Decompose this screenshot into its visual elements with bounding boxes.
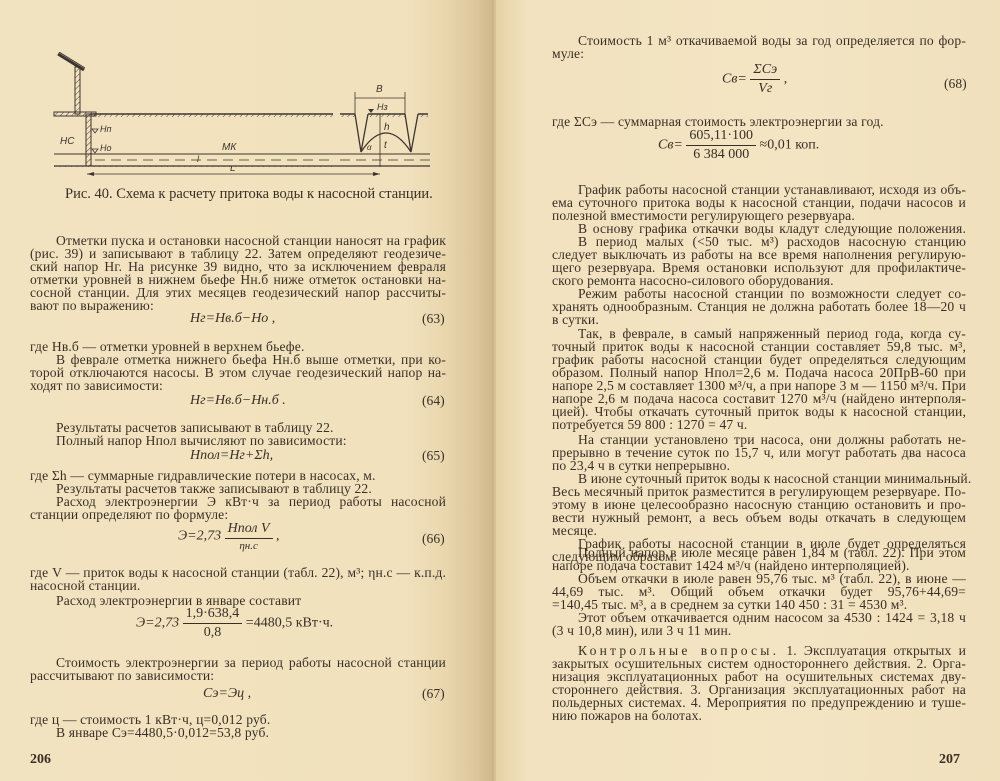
text-line: ходят по зависимости: bbox=[30, 379, 163, 392]
label-t: t bbox=[384, 140, 388, 151]
text-line: вести нужный ремонт, а весь объем воды о… bbox=[552, 511, 966, 524]
label-groundwater: Hз bbox=[377, 102, 388, 112]
figure-40-diagram: НС Hп Hо МК l B Hз h t α bbox=[50, 52, 490, 167]
label-canal: МК bbox=[222, 142, 237, 153]
text-line: Стоимость 1 м³ откачиваемой воды за год … bbox=[578, 34, 966, 47]
equation-number-66: (66) bbox=[422, 531, 445, 547]
text-line: Полный напор Hпол вычисляют по зависимос… bbox=[56, 434, 347, 447]
text-line: хранять однообразным. Станция не должна … bbox=[552, 300, 966, 313]
text-line: (3 ч 10,8 мин), или 3 ч 11 мин. bbox=[552, 624, 731, 637]
figure-caption: Рис. 40. Схема к расчету притока воды к … bbox=[65, 186, 433, 203]
text-line: нию пожаров на болотах. bbox=[552, 709, 702, 722]
text-line: потребуется 59 800 : 1270 = 47 ч. bbox=[552, 418, 747, 431]
right-page: Стоимость 1 м³ откачиваемой воды за год … bbox=[496, 0, 1000, 781]
text-line: В январе Cэ=4480,5·0,012=53,8 руб. bbox=[56, 726, 269, 739]
equation-63: Hг=Hв.б−Hо , bbox=[190, 311, 275, 327]
text-line: насосной станции. bbox=[30, 579, 140, 592]
left-page: НС Hп Hо МК l B Hз h t α L Рис. 40. Схем… bbox=[0, 0, 496, 781]
label-small-l: l bbox=[197, 154, 200, 164]
equation-65: Hпол=Hг+Σh, bbox=[190, 448, 273, 464]
page-number-left: 206 bbox=[30, 752, 51, 768]
label-stop-level: Hо bbox=[100, 143, 112, 153]
equation-annual-cost: Cв= 605,11·1006 384 000 ≈0,01 коп. bbox=[658, 128, 819, 163]
equation-number-64: (64) bbox=[422, 393, 445, 409]
equation-68: Cв= ΣCэVг , bbox=[722, 62, 787, 97]
page-number-right: 207 bbox=[939, 752, 960, 768]
equation-january: Э=2,73 1,9·638,40,8 =4480,5 кВт·ч. bbox=[136, 606, 333, 641]
label-start-level: Hп bbox=[100, 124, 111, 134]
text-line: рассчитывают по зависимости: bbox=[30, 669, 214, 682]
label-big-l: L bbox=[230, 166, 236, 174]
text-line: в сутки. bbox=[552, 313, 599, 326]
figure-40-dimension-L: L bbox=[50, 166, 490, 186]
label-h: h bbox=[384, 122, 390, 133]
label-alpha: α bbox=[367, 143, 372, 152]
equation-number-68: (68) bbox=[944, 76, 967, 92]
equation-64: Hг=Hв.б−Hн.б . bbox=[190, 393, 286, 409]
equation-66: Э=2,73 Hпол Vηн.с , bbox=[178, 521, 280, 552]
text-line: где ΣCэ — суммарная стоимость электроэне… bbox=[552, 115, 884, 128]
text-line: станции определяют по формуле: bbox=[30, 508, 228, 521]
equation-number-63: (63) bbox=[422, 311, 445, 327]
text-line: муле: bbox=[552, 47, 584, 60]
text-line: вают по выражению: bbox=[30, 299, 154, 312]
equation-number-65: (65) bbox=[422, 448, 445, 464]
book-spread: НС Hп Hо МК l B Hз h t α L Рис. 40. Схем… bbox=[0, 0, 1000, 781]
equation-number-67: (67) bbox=[422, 686, 445, 702]
label-width: B bbox=[376, 84, 383, 95]
label-station: НС bbox=[60, 136, 75, 147]
equation-67: Cэ=Эц , bbox=[203, 686, 251, 702]
